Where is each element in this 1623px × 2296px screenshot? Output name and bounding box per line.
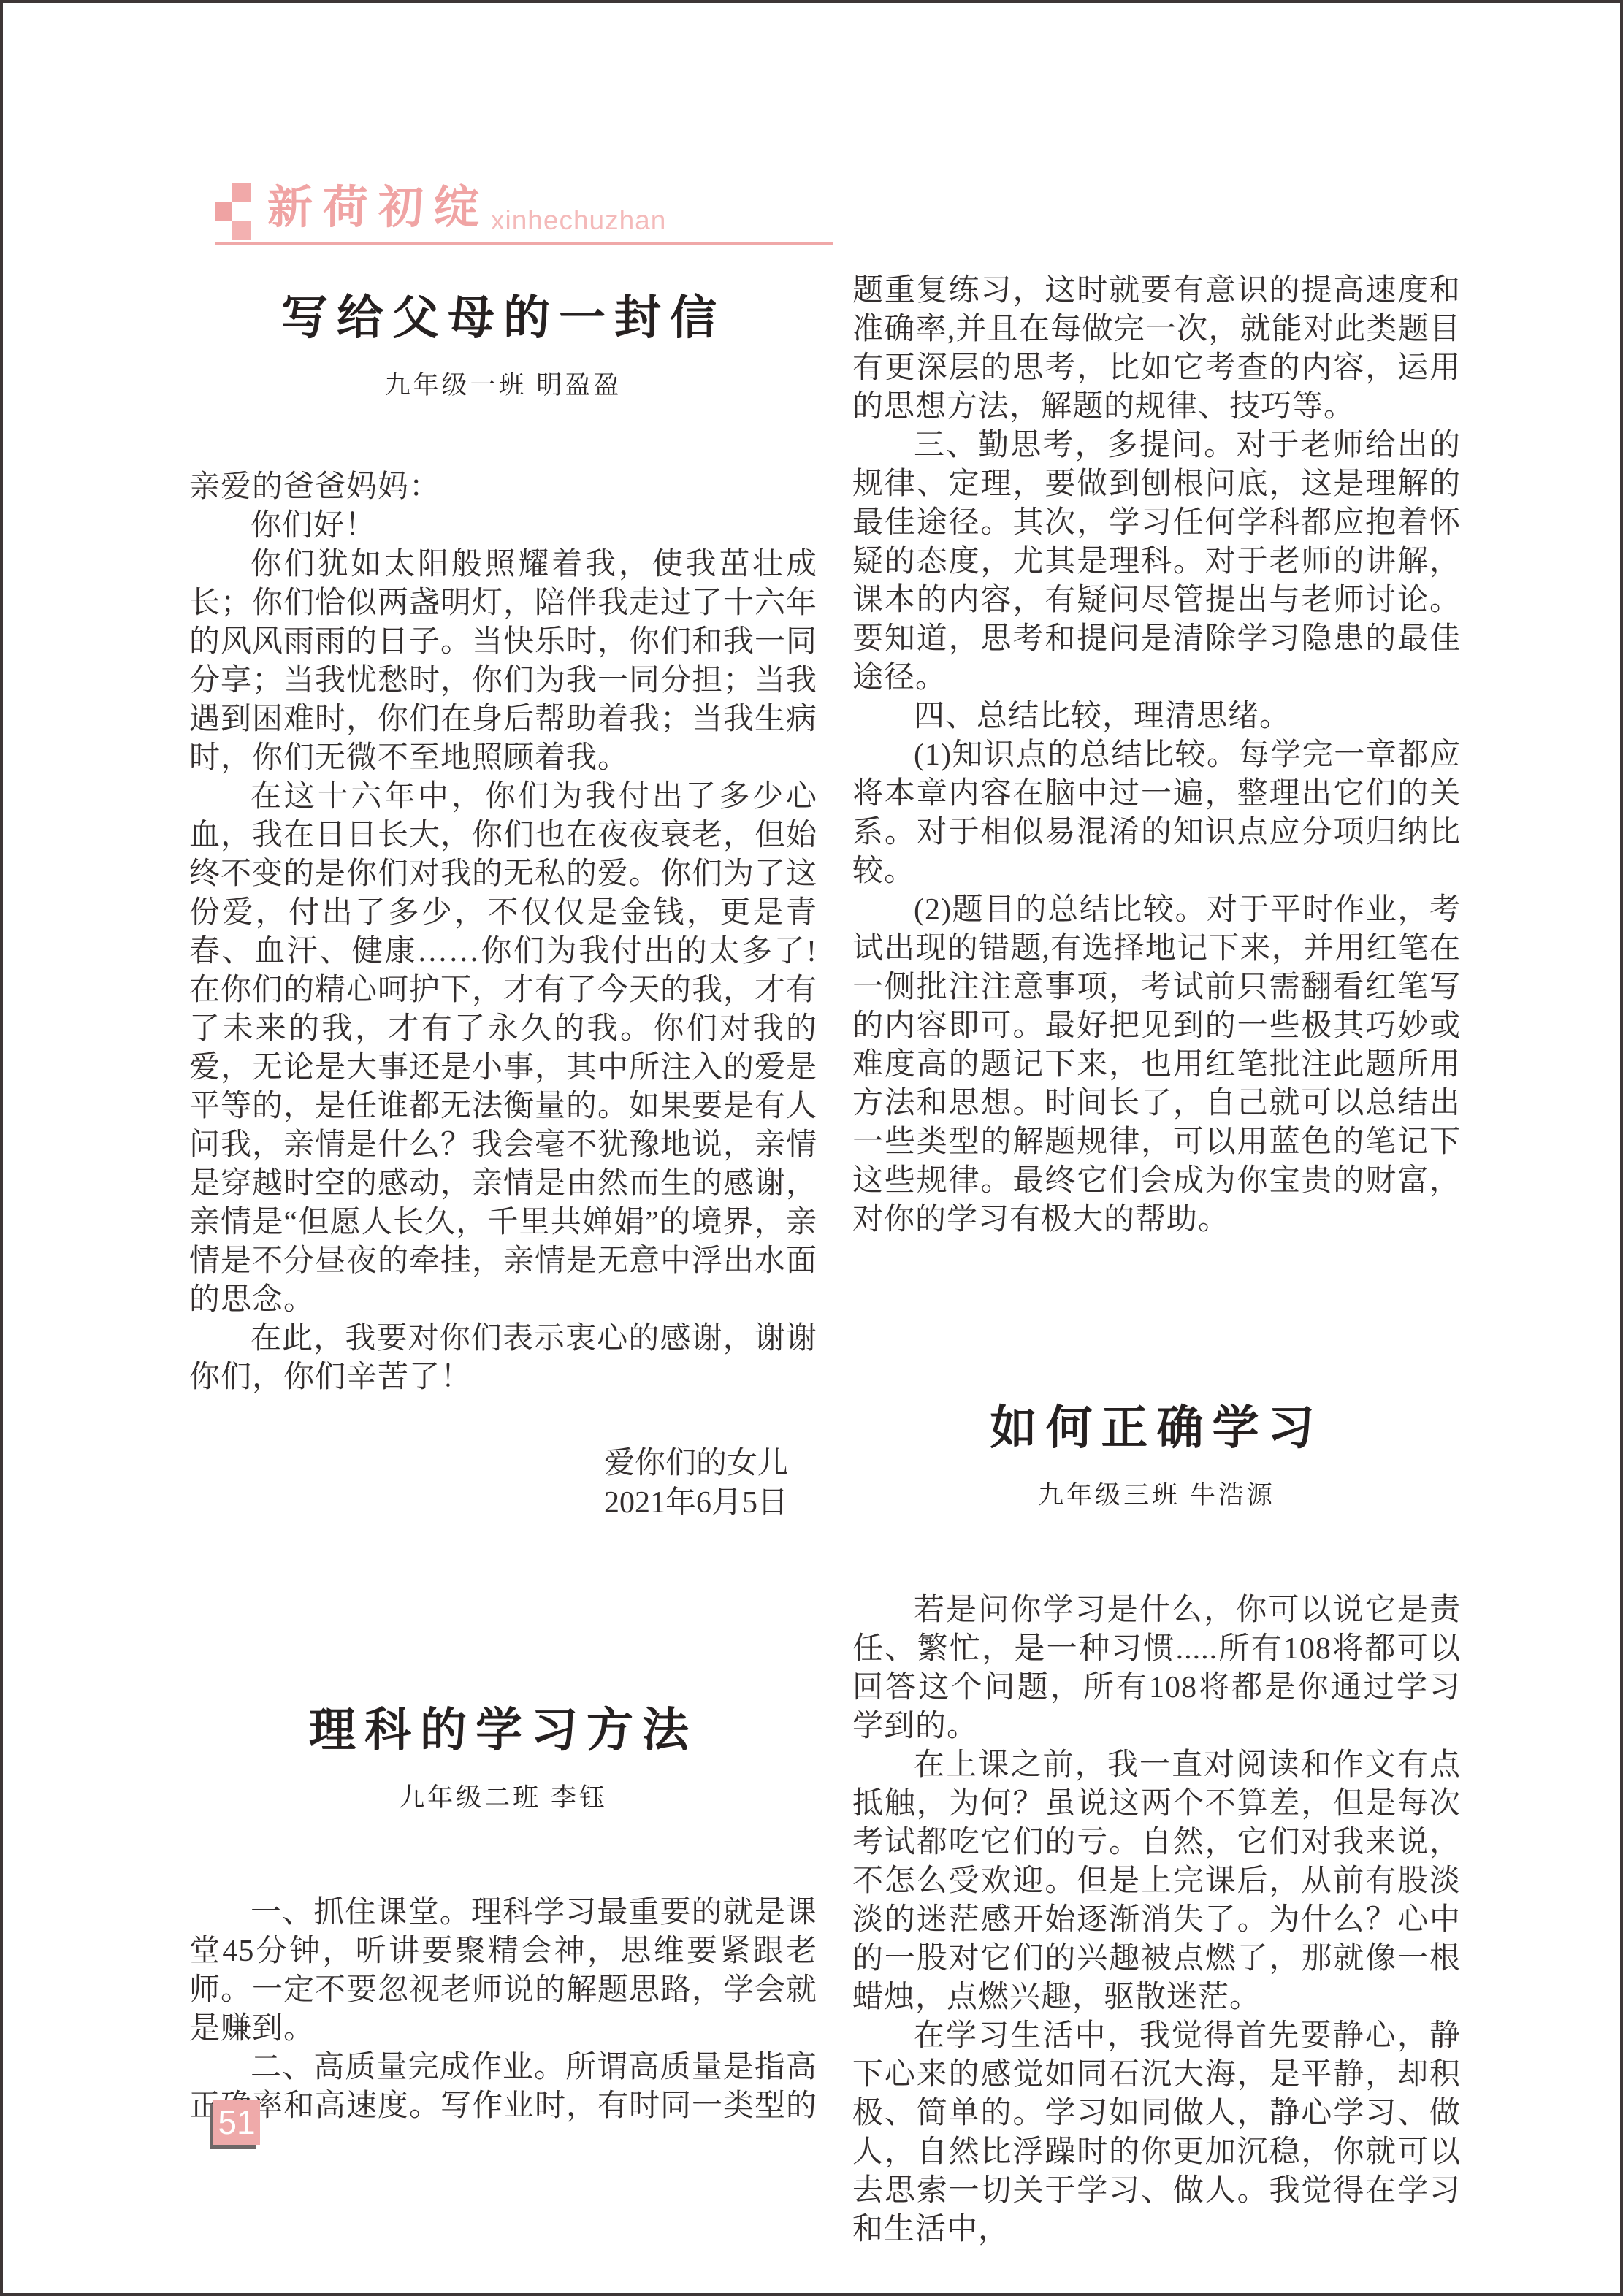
continuation-paragraph: (2)题目的总结比较。对于平时作业，考试出现的错题,有选择地记下来，并用红笔在一… xyxy=(852,891,1461,1239)
article1-signature: 爱你们的女儿 2021年6月5日 xyxy=(189,1444,817,1523)
article1-salutation: 亲爱的爸爸妈妈： xyxy=(189,468,817,507)
magazine-page: 新荷初绽 xinhechuzhan 写给父母的一封信 九年级一班 明盈盈 亲爱的… xyxy=(0,0,1623,2296)
article1-title: 写给父母的一封信 xyxy=(189,291,817,345)
continuation-paragraph: 三、勤思考，多提问。对于老师给出的规律、定理，要做到刨根问底，这是理解的最佳途径… xyxy=(852,426,1461,697)
article2-paragraph: 一、抓住课堂。理科学习最重要的就是课堂45分钟，听讲要聚精会神，思维要紧跟老师。… xyxy=(189,1894,817,2048)
article2-body: 一、抓住课堂。理科学习最重要的就是课堂45分钟，听讲要聚精会神，思维要紧跟老师。… xyxy=(189,1894,817,2126)
article2-paragraph: 二、高质量完成作业。所谓高质量是指高正确率和高速度。写作业时，有时同一类型的 xyxy=(189,2048,817,2126)
section-logo-chinese: 新荷初绽 xyxy=(267,183,489,234)
logo-square-bottom xyxy=(232,221,251,240)
article3-paragraph: 在上课之前，我一直对阅读和作文有点抵触，为何？虽说这两个不算差，但是每次考试都吃… xyxy=(852,1746,1461,2017)
signature-date: 2021年6月5日 xyxy=(189,1483,788,1523)
article3-body: 若是问你学习是什么，你可以说它是责任、繁忙，是一种习惯.....所有108将都可… xyxy=(852,1591,1461,2249)
article3-paragraph: 若是问你学习是什么，你可以说它是责任、繁忙，是一种习惯.....所有108将都可… xyxy=(852,1591,1461,1746)
continuation-paragraph: 四、总结比较，理清思绪。 xyxy=(852,697,1461,736)
logo-squares-icon xyxy=(215,183,252,240)
right-column: 题重复练习，这时就要有意识的提高速度和准确率,并且在每做完一次，就能对此类题目有… xyxy=(852,272,1461,2249)
logo-square-top xyxy=(232,183,251,202)
article1-byline: 九年级一班 明盈盈 xyxy=(189,370,817,401)
section-logo-pinyin: xinhechuzhan xyxy=(491,206,666,235)
article1-body: 亲爱的爸爸妈妈： 你们好！ 你们犹如太阳般照耀着我，使我茁壮成长；你们恰似两盏明… xyxy=(189,468,817,1397)
article1-paragraph: 在这十六年中，你们为我付出了多少心血，我在日日长大，你们也在夜夜衰老，但始终不变… xyxy=(189,778,817,1320)
continuation-paragraph: (1)知识点的总结比较。每学完一章都应将本章内容在脑中过一遍，整理出它们的关系。… xyxy=(852,736,1461,891)
article1-paragraph: 你们好！ xyxy=(189,507,817,546)
logo-square-middle xyxy=(215,202,232,221)
page-number: 51 xyxy=(218,2102,255,2142)
article1-paragraph: 在此，我要对你们表示衷心的感谢，谢谢你们，你们辛苦了！ xyxy=(189,1320,817,1397)
article2-byline: 九年级二班 李钰 xyxy=(189,1783,817,1813)
signature-line: 爱你们的女儿 xyxy=(189,1444,788,1483)
continuation-paragraph: 题重复练习，这时就要有意识的提高速度和准确率,并且在每做完一次，就能对此类题目有… xyxy=(852,272,1461,426)
article2-continuation-body: 题重复练习，这时就要有意识的提高速度和准确率,并且在每做完一次，就能对此类题目有… xyxy=(852,272,1461,1239)
article3-title: 如何正确学习 xyxy=(852,1401,1461,1455)
page-number-badge: 51 xyxy=(213,2100,260,2145)
article3-paragraph: 在学习生活中，我觉得首先要静心，静下心来的感觉如同石沉大海，是平静，却积极、简单… xyxy=(852,2017,1461,2249)
header-rule xyxy=(215,242,833,245)
left-column: 写给父母的一封信 九年级一班 明盈盈 亲爱的爸爸妈妈： 你们好！ 你们犹如太阳般… xyxy=(189,291,817,2126)
article2-title: 理科的学习方法 xyxy=(189,1704,817,1758)
article3-byline: 九年级三班 牛浩源 xyxy=(852,1480,1461,1511)
article1-paragraph: 你们犹如太阳般照耀着我，使我茁壮成长；你们恰似两盏明灯，陪伴我走过了十六年的风风… xyxy=(189,546,817,778)
